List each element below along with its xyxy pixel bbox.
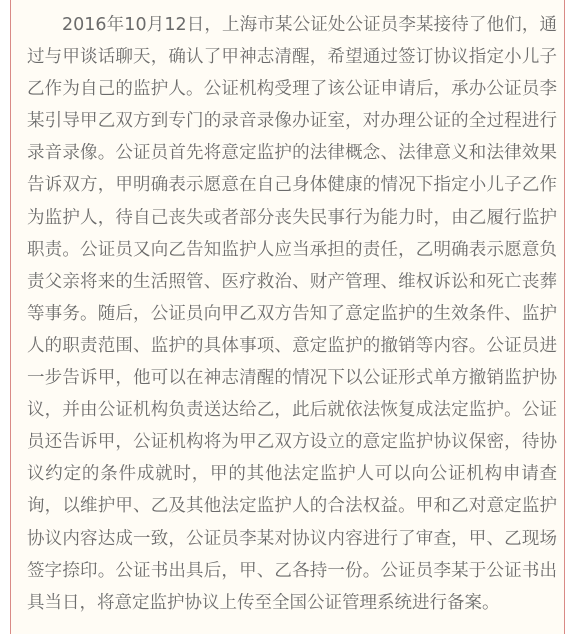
article-paragraph: 2016年10月12日，上海市某公证处公证员李某接待了他们，通过与甲谈话聊天，确… — [27, 9, 557, 619]
article-card: 2016年10月12日，上海市某公证处公证员李某接待了他们，通过与甲谈话聊天，确… — [10, 0, 565, 634]
